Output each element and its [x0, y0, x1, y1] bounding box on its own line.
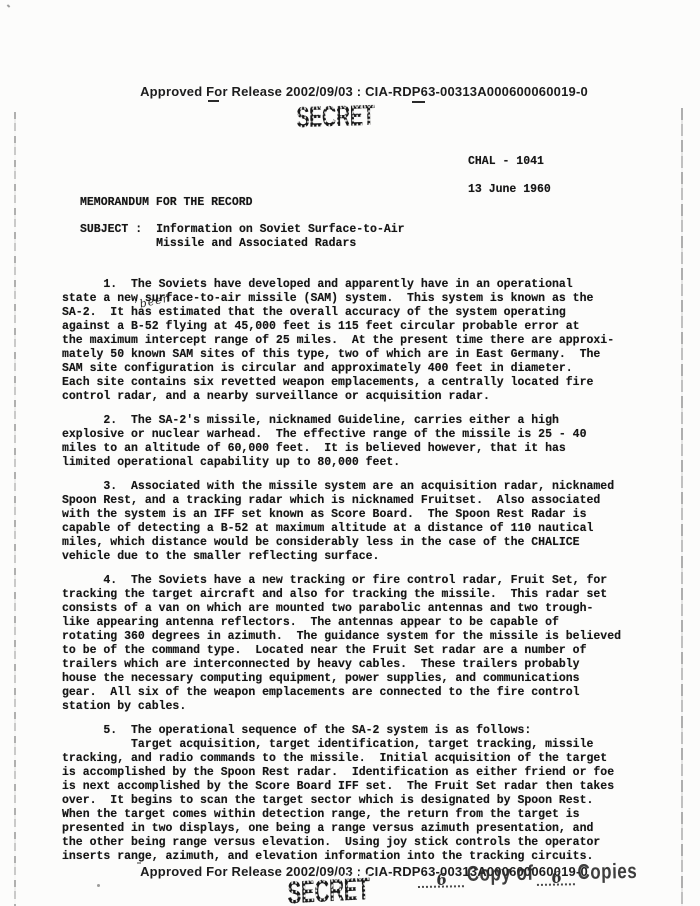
secret-stamp-top: SECRET: [296, 102, 375, 133]
text-line: state a new surface-to-air missile (SAM)…: [62, 292, 621, 306]
text-line: Each site contains six revetted weapon e…: [62, 376, 621, 390]
text-line: 1. The Soviets have developed and appare…: [62, 278, 621, 292]
body-paragraphs: 1. The Soviets have developed and appare…: [62, 278, 621, 874]
text-line: limited operational capability up to 80,…: [62, 456, 621, 470]
text-line: tracking the target aircraft and also fo…: [62, 588, 621, 602]
scan-edge-artifact-left: [14, 112, 16, 906]
scan-speck: [7, 4, 11, 7]
secret-stamp-bottom: SECRET: [287, 874, 370, 906]
scan-mark: [208, 100, 219, 102]
text-line: miles, which distance would be considera…: [62, 536, 621, 550]
subject-block: SUBJECT : Information on Soviet Surface-…: [80, 223, 405, 251]
document-date: 13 June 1960: [468, 183, 551, 197]
text-line: is accomplished by the Spoon Rest radar.…: [62, 766, 621, 780]
text-line: SA-2. It has estimated that the overall …: [62, 306, 621, 320]
copy-line: 6 Copy of 6 Copies: [418, 864, 641, 888]
paragraph: 3. Associated with the missile system ar…: [62, 480, 621, 564]
text-line: trailers which are interconnected by hea…: [62, 658, 621, 672]
subject-line-2: Missile and Associated Radars: [156, 237, 404, 251]
scan-speck: [97, 884, 100, 887]
text-line: miles to an altitude of 60,000 feet. It …: [62, 442, 621, 456]
text-line: control radar, and a nearby surveillance…: [62, 390, 621, 404]
text-line: capable of detecting a B-52 at maximum a…: [62, 522, 621, 536]
text-line: with the system is an IFF set known as S…: [62, 508, 621, 522]
subject-line-1: Information on Soviet Surface-to-Air: [156, 223, 404, 237]
text-line: over. It begins to scan the target secto…: [62, 794, 621, 808]
text-line: 2. The SA-2's missile, nicknamed Guideli…: [62, 414, 621, 428]
text-line: is next accomplished by the Score Board …: [62, 780, 621, 794]
text-line: 3. Associated with the missile system ar…: [62, 480, 621, 494]
text-line: station by cables.: [62, 700, 621, 714]
text-line: gear. All six of the weapon emplacements…: [62, 686, 621, 700]
text-line: Spoon Rest, and a tracking radar which i…: [62, 494, 621, 508]
handwritten-copy-number: 6: [435, 870, 449, 890]
text-line: inserts range, azimuth, and elevation in…: [62, 850, 621, 864]
text-line: vehicle due to the smaller reflecting su…: [62, 550, 621, 564]
text-line: presented in two displays, one being a r…: [62, 822, 621, 836]
text-line: like appearing antenna reflectors. The a…: [62, 616, 621, 630]
paragraph: 4. The Soviets have a new tracking or fi…: [62, 574, 621, 714]
text-line: Target acquisition, target identificatio…: [62, 738, 621, 752]
memo-heading: MEMORANDUM FOR THE RECORD: [80, 196, 253, 210]
document-page: Approved For Release 2002/09/03 : CIA-RD…: [0, 0, 700, 906]
text-line: rotating 360 degrees in azimuth. The gui…: [62, 630, 621, 644]
text-line: explosive or nuclear warhead. The effect…: [62, 428, 621, 442]
text-line: mately 50 known SAM sites of this type, …: [62, 348, 621, 362]
text-line: the other being range versus elevation. …: [62, 836, 621, 850]
text-line: the maximum intercept range of 25 miles.…: [62, 334, 621, 348]
text-line: consists of a van on which are mounted t…: [62, 602, 621, 616]
text-line: to be of the command type. Located near …: [62, 644, 621, 658]
copies-label: Copies: [574, 859, 640, 885]
scan-edge-artifact-right: [681, 108, 683, 906]
copy-of-label: Copy of: [464, 861, 537, 887]
copy-number-blank: 6: [418, 867, 464, 888]
text-line: SAM site configuration is circular and a…: [62, 362, 621, 376]
paragraph: 5. The operational sequence of the SA-2 …: [62, 724, 621, 864]
header-release-line: Approved For Release 2002/09/03 : CIA-RD…: [14, 84, 700, 99]
text-line: 5. The operational sequence of the SA-2 …: [62, 724, 621, 738]
copies-total-blank: 6: [536, 865, 574, 886]
text-line: against a B-52 flying at 45,000 feet is …: [62, 320, 621, 334]
text-line: When the target comes within detection r…: [62, 808, 621, 822]
paragraph: 1. The Soviets have developed and appare…: [62, 278, 621, 404]
text-line: house the necessary computing equipment,…: [62, 672, 621, 686]
document-number: CHAL - 1041: [468, 155, 544, 169]
handwritten-copies-total: 6: [549, 868, 563, 888]
scan-mark: [412, 101, 425, 103]
text-line: tracking, and radio commands to the miss…: [62, 752, 621, 766]
text-line: 4. The Soviets have a new tracking or fi…: [62, 574, 621, 588]
paragraph: 2. The SA-2's missile, nicknamed Guideli…: [62, 414, 621, 470]
subject-label: SUBJECT :: [80, 223, 142, 251]
